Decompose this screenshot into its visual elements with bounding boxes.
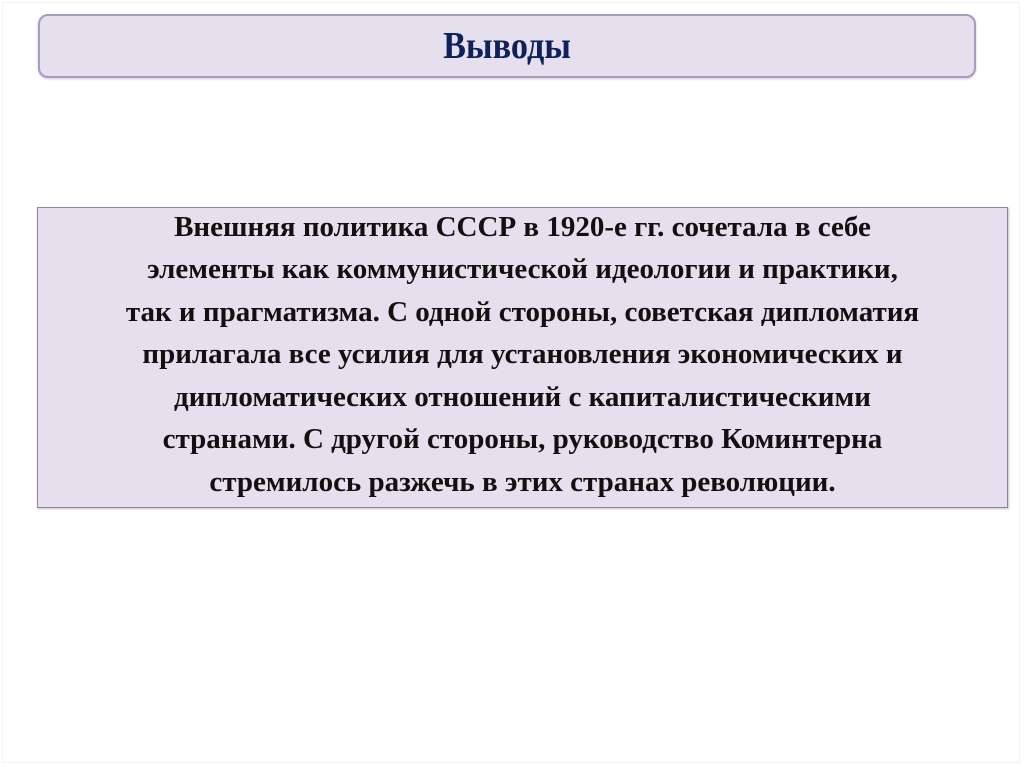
paragraph-line: Внешняя политика СССР в 1920-е гг. сочет… bbox=[126, 206, 919, 249]
conclusion-text-box: Внешняя политика СССР в 1920-е гг. сочет… bbox=[37, 207, 1008, 508]
conclusion-paragraph: Внешняя политика СССР в 1920-е гг. сочет… bbox=[126, 206, 919, 504]
paragraph-line: элементы как коммунистической идеологии … bbox=[126, 248, 919, 291]
paragraph-line: странами. С другой стороны, руководство … bbox=[126, 418, 919, 461]
paragraph-line: стремилось разжечь в этих странах револю… bbox=[126, 461, 919, 504]
slide-title: Выводы bbox=[443, 24, 571, 68]
slide: Выводы Внешняя политика СССР в 1920-е гг… bbox=[2, 2, 1020, 763]
title-banner: Выводы bbox=[38, 14, 976, 78]
paragraph-line: так и прагматизма. С одной стороны, сове… bbox=[126, 291, 919, 334]
paragraph-line: дипломатических отношений с капиталистич… bbox=[126, 376, 919, 419]
paragraph-line: прилагала все усилия для установления эк… bbox=[126, 333, 919, 376]
